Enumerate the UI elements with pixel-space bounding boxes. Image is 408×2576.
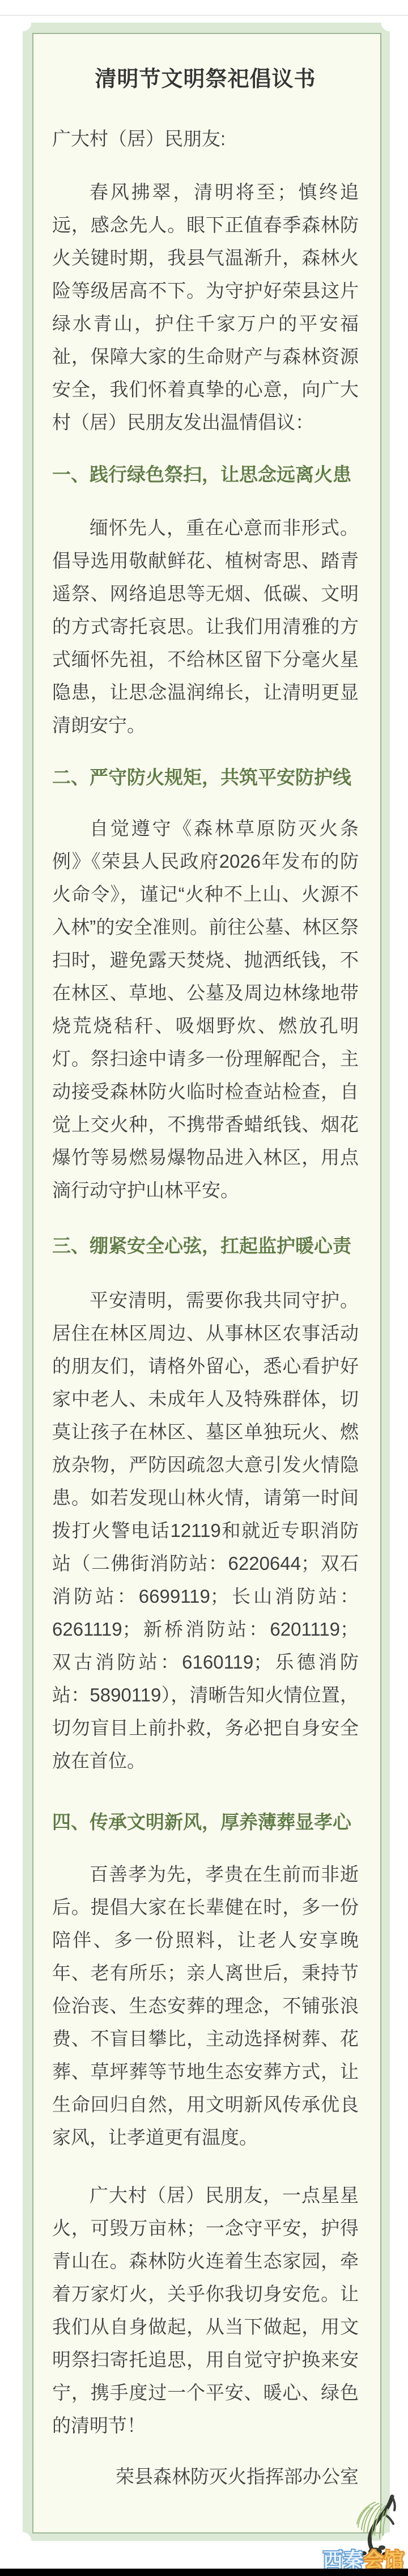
signature: 荣县森林防灭火指挥部办公室	[52, 2460, 359, 2493]
closing-paragraph: 广大村（居）民朋友，一点星星火，可毁万亩林；一念守平安，护得青山在。森林防火连着…	[52, 2179, 359, 2442]
section-1-heading: 一、践行绿色祭扫，让思念远离火患	[52, 458, 359, 491]
page-title: 清明节文明祭祀倡议书	[52, 62, 359, 96]
top-divider	[0, 15, 408, 16]
notice-paper: 清明节文明祭祀倡议书 广大村（居）民朋友: 春风拂翠，清明将至；慎终追远，感念先…	[32, 33, 381, 2533]
bottom-bar	[0, 2569, 408, 2576]
section-1-body: 缅怀先人，重在心意而非形式。倡导选用敬献鲜花、植树寄思、踏青遥祭、网络追思等无烟…	[52, 512, 359, 742]
salutation: 广大村（居）民朋友:	[52, 123, 359, 155]
section-2-body: 自觉遵守《森林草原防灭火条例》《荣县人民政府2026年发布的防火命令》，谨记“火…	[52, 812, 359, 1207]
section-3-heading: 三、绷紧安全心弦，扛起监护暖心责	[52, 1230, 359, 1262]
section-4-heading: 四、传承文明新风，厚养薄葬显孝心	[52, 1806, 359, 1839]
intro-paragraph: 春风拂翠，清明将至；慎终追远，感念先人。眼下正值春季森林防火关键时期，我县气温渐…	[52, 176, 359, 439]
section-4-body: 百善孝为先，孝贵在生前而非逝后。提倡大家在长辈健在时，多一份陪伴、多一份照料，让…	[52, 1858, 359, 2154]
notice-card: 清明节文明祭祀倡议书 广大村（居）民朋友: 春风拂翠，清明将至；慎终追远，感念先…	[23, 23, 390, 2541]
section-2-heading: 二、严守防火规矩，共筑平安防护线	[52, 761, 359, 794]
section-3-body: 平安清明，需要你我共同守护。居住在林区周边、从事林区农事活动的朋友们，请格外留心…	[52, 1284, 359, 1777]
